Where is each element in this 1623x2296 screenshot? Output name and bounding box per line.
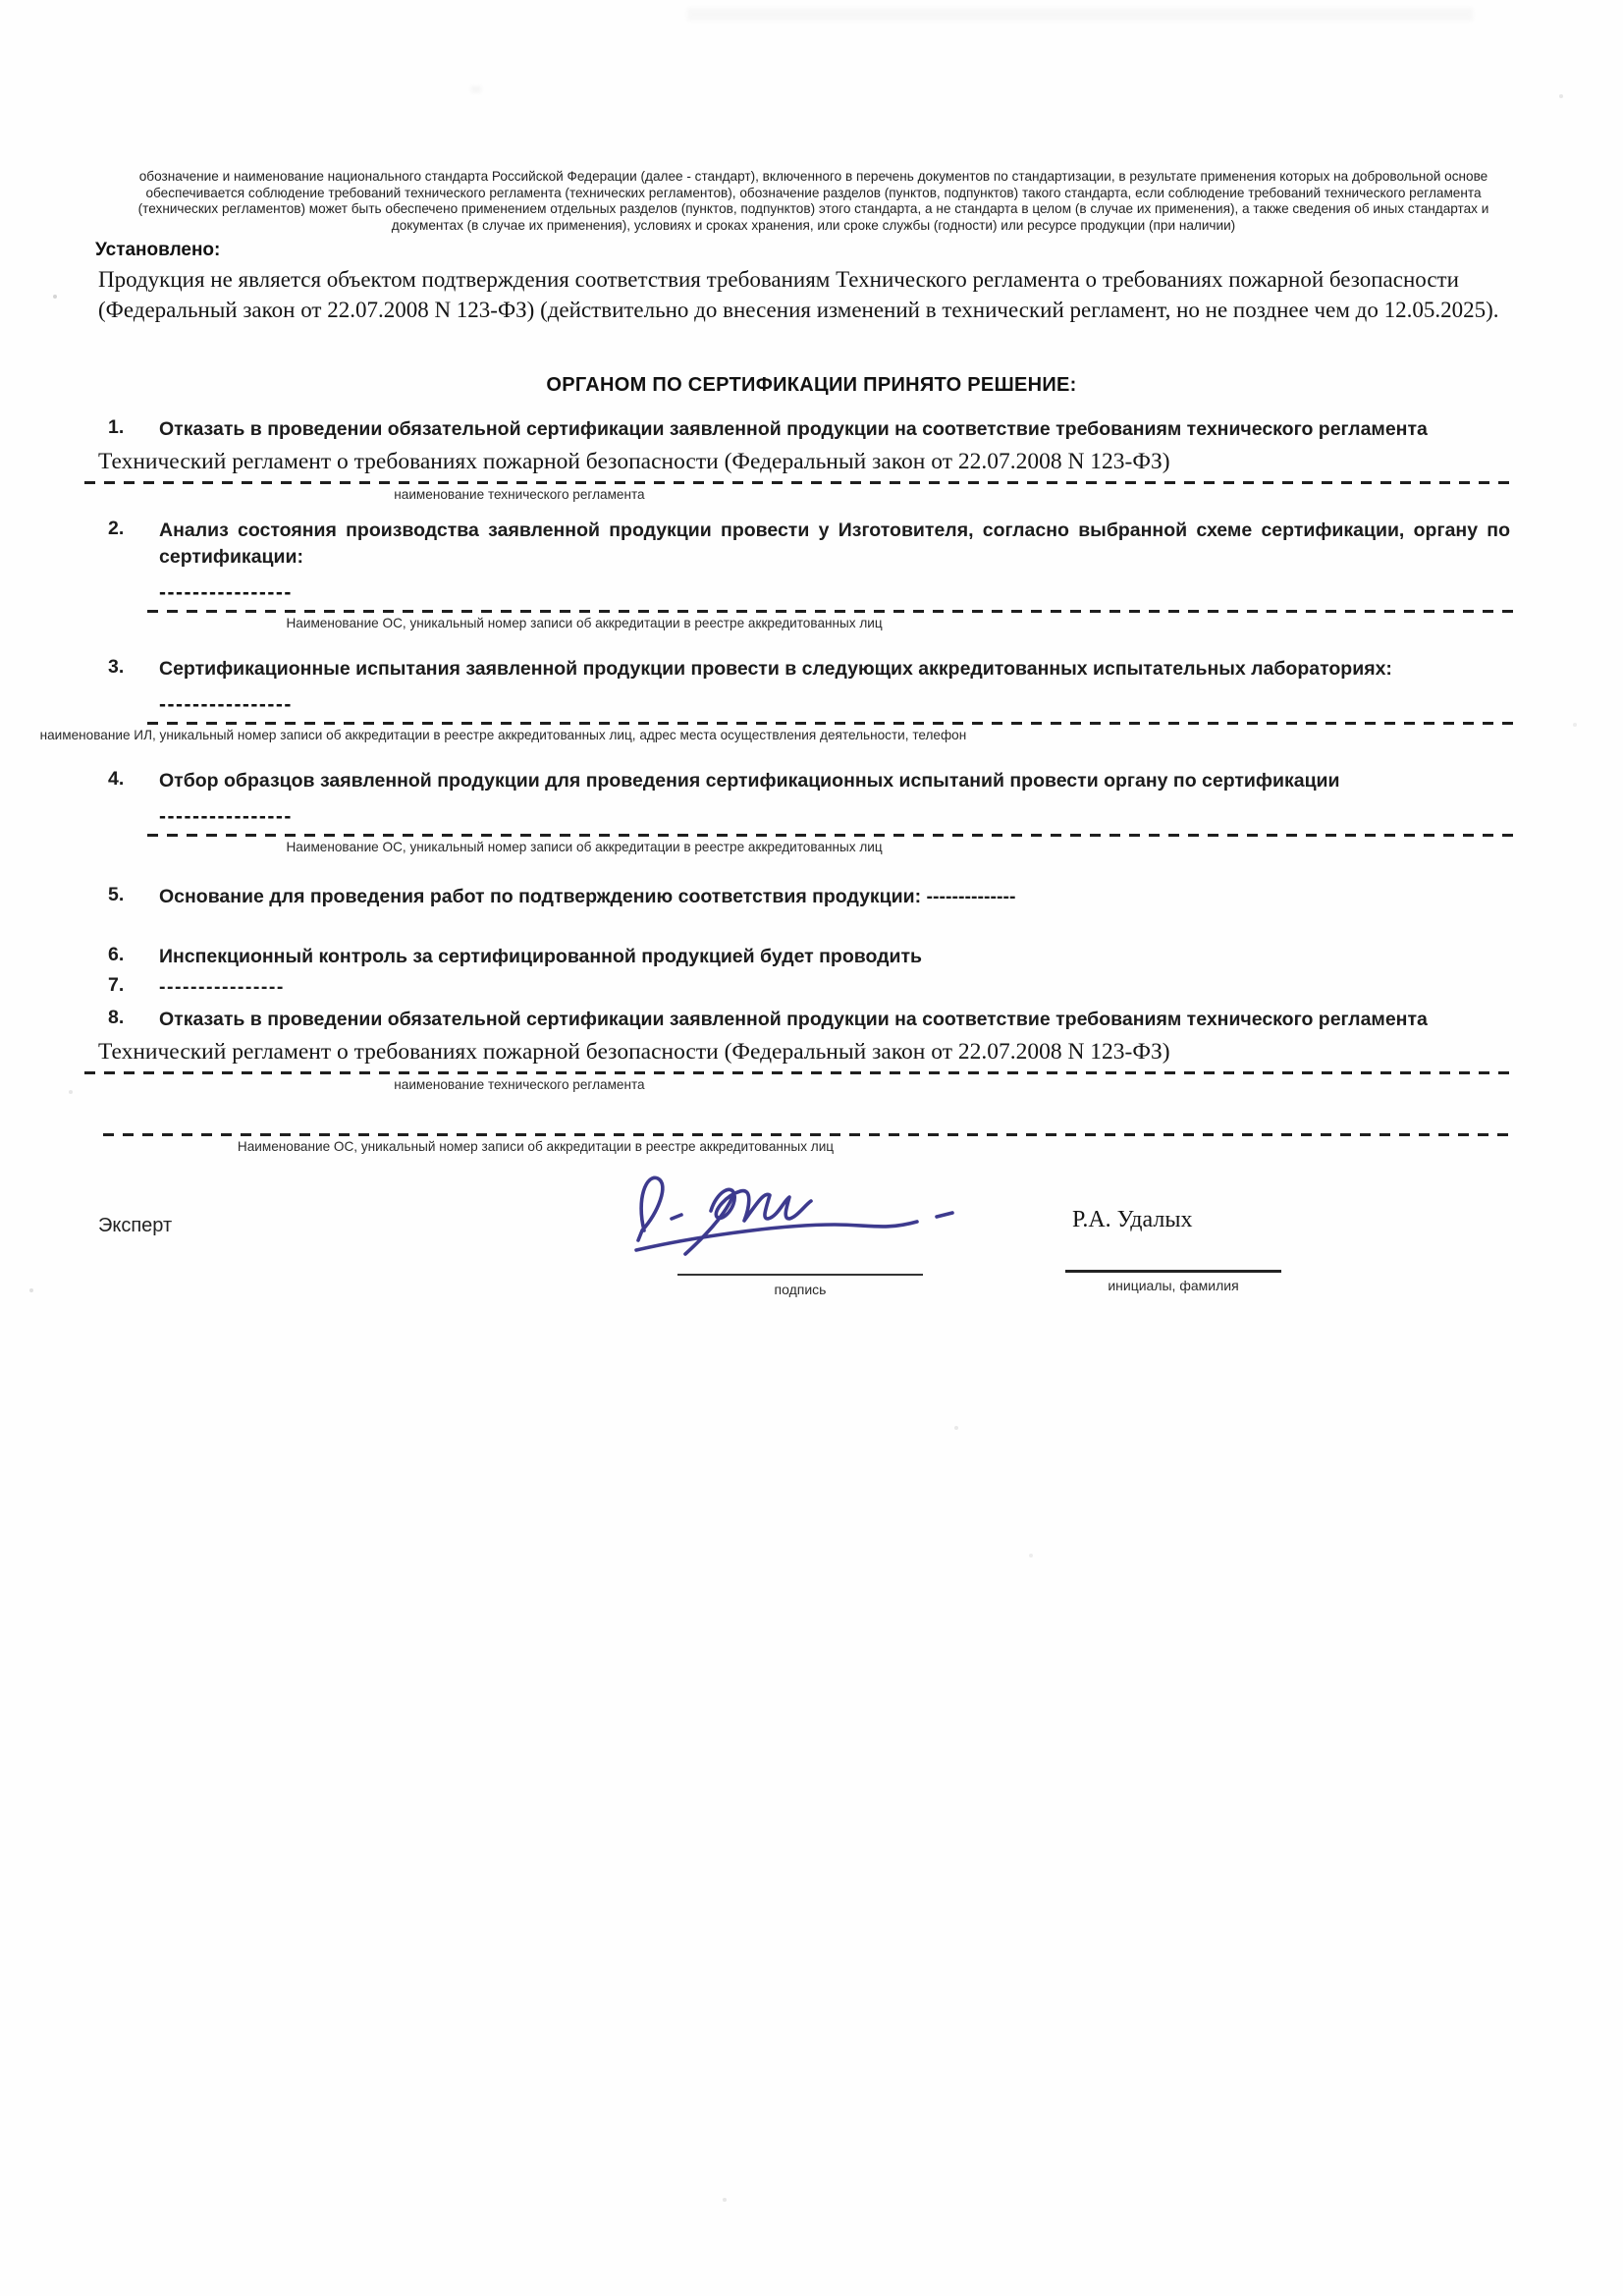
- scan-noise-speck: [723, 2198, 727, 2202]
- established-label: Установлено:: [95, 240, 1623, 261]
- signature-block: Эксперт подпись Р.А. Удалых инициалы, фа…: [0, 1179, 1623, 1346]
- field-caption-os: Наименование ОС, уникальный номер записи…: [0, 1139, 1071, 1154]
- empty-value-dashes: ----------------: [159, 584, 1623, 602]
- field-caption-tech-regulation: наименование технического регламента: [0, 1077, 1039, 1092]
- decision-item-5: 5. Основание для проведения работ по под…: [108, 884, 1510, 910]
- scan-noise-speck: [954, 1426, 958, 1430]
- field-caption-il: наименование ИЛ, уникальный номер записи…: [0, 728, 1006, 742]
- decision-item-8: 8. Отказать в проведении обязательной се…: [108, 1007, 1510, 1033]
- item-number: 3.: [108, 656, 159, 683]
- dashed-fill-line: [103, 1133, 1513, 1136]
- scan-noise-speck: [29, 1288, 33, 1292]
- item-number: 7.: [108, 974, 159, 1001]
- decision-item-7: 7. ----------------: [108, 974, 1510, 1001]
- field-caption-tech-regulation: наименование технического регламента: [0, 487, 1039, 502]
- scan-noise-speck: [69, 1090, 73, 1094]
- item-number: 2.: [108, 518, 159, 571]
- item-text: Отбор образцов заявленной продукции для …: [159, 768, 1510, 794]
- item-text: Анализ состояния производства заявленной…: [159, 518, 1510, 571]
- item-number: 4.: [108, 768, 159, 794]
- handwritten-signature: [628, 1166, 962, 1284]
- dashed-fill-line: [84, 481, 1513, 484]
- decision-item-3: 3. Сертификационные испытания заявленной…: [108, 656, 1510, 683]
- dashed-fill-line: [147, 834, 1513, 837]
- expert-role-label: Эксперт: [98, 1215, 172, 1237]
- signature-underline: [677, 1274, 923, 1276]
- decision-item-2: 2. Анализ состояния производства заявлен…: [108, 518, 1510, 571]
- empty-value-dashes: ----------------: [159, 696, 1623, 714]
- decision-item-6: 6. Инспекционный контроль за сертифициро…: [108, 944, 1510, 970]
- technical-regulation-line: Технический регламент о требованиях пожа…: [98, 447, 1513, 479]
- scan-ghosting-artifact: [471, 86, 481, 92]
- decision-heading: ОРГАНОМ ПО СЕРТИФИКАЦИИ ПРИНЯТО РЕШЕНИЕ:: [0, 374, 1623, 397]
- scan-ghosting-artifact: [687, 8, 1473, 21]
- scan-noise-speck: [1029, 1554, 1033, 1558]
- signature-caption: подпись: [677, 1282, 923, 1297]
- scan-noise-speck: [1573, 723, 1577, 727]
- scanned-certification-decision-page: обозначение и наименование национального…: [0, 0, 1623, 2296]
- item-number: 5.: [108, 884, 159, 910]
- dashed-fill-line: [84, 1071, 1513, 1074]
- item-number: 8.: [108, 1007, 159, 1033]
- empty-value-dashes: ----------------: [159, 974, 1510, 1001]
- name-caption: инициалы, фамилия: [1065, 1278, 1281, 1293]
- dashed-fill-line: [147, 610, 1513, 613]
- empty-value-dashes: ----------------: [159, 808, 1623, 826]
- item-number: 1.: [108, 416, 159, 443]
- standard-designation-footnote: обозначение и наименование национального…: [110, 169, 1517, 234]
- name-underline: [1065, 1270, 1281, 1273]
- item-text: Сертификационные испытания заявленной пр…: [159, 656, 1510, 683]
- item-text: Отказать в проведении обязательной серти…: [159, 416, 1510, 443]
- item-number: 6.: [108, 944, 159, 970]
- item-text: Отказать в проведении обязательной серти…: [159, 1007, 1510, 1033]
- decision-item-1: 1. Отказать в проведении обязательной се…: [108, 416, 1510, 443]
- scan-noise-speck: [1559, 94, 1563, 98]
- item-text: Инспекционный контроль за сертифицирован…: [159, 944, 1510, 970]
- item-text: Основание для проведения работ по подтве…: [159, 884, 1510, 910]
- established-statement: Продукция не является объектом подтвержд…: [98, 265, 1507, 325]
- decision-item-4: 4. Отбор образцов заявленной продукции д…: [108, 768, 1510, 794]
- scan-noise-speck: [53, 295, 57, 299]
- dashed-fill-line: [147, 722, 1513, 725]
- expert-name: Р.А. Удалых: [1072, 1207, 1192, 1233]
- field-caption-os: Наименование ОС, уникальный номер записи…: [0, 840, 1168, 854]
- field-caption-os: Наименование ОС, уникальный номер записи…: [0, 616, 1168, 630]
- technical-regulation-line: Технический регламент о требованиях пожа…: [98, 1037, 1513, 1069]
